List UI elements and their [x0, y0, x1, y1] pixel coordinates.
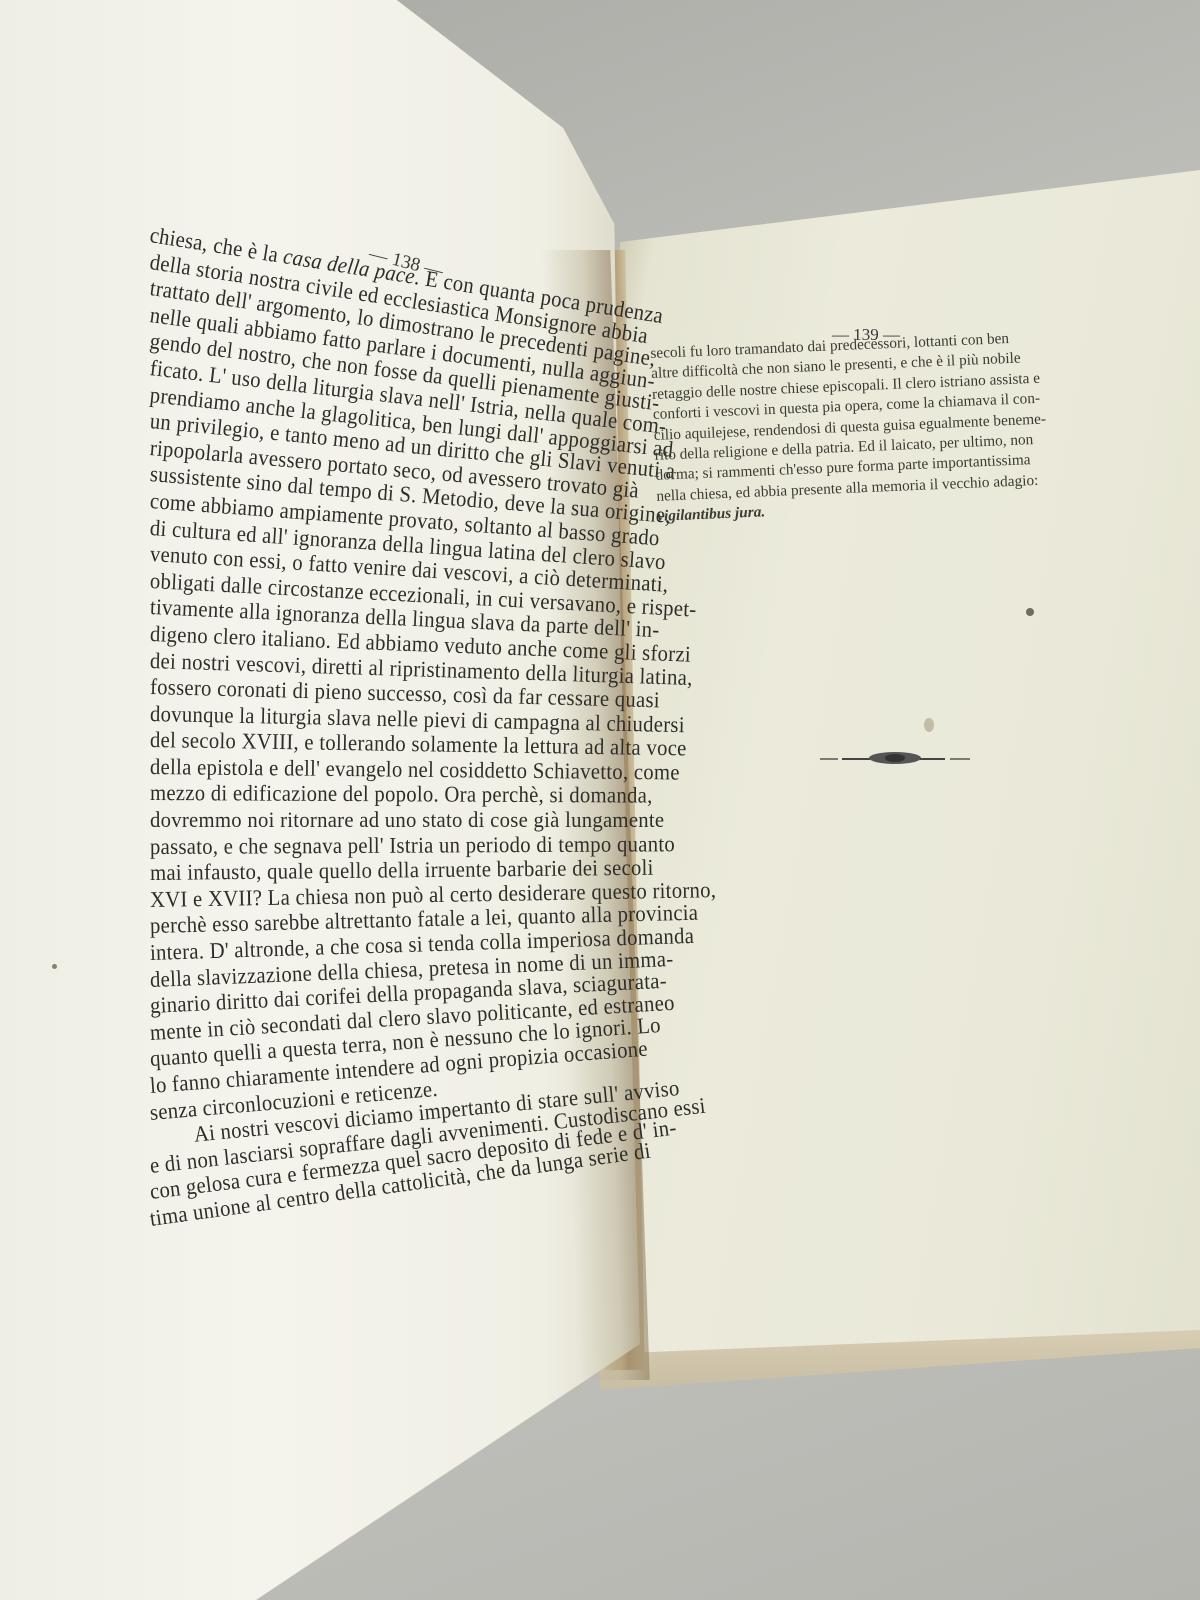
right-page-body: secoli fu loro tramandato dai predecesso…	[650, 323, 1157, 527]
text-line: dovremmo noi ritornare ad uno stato di c…	[150, 807, 573, 834]
paper-stain	[1026, 608, 1034, 616]
left-page-body: chiesa, che è la casa della pace. E con …	[150, 222, 610, 1233]
paper-stain	[52, 964, 57, 969]
text-line: mezzo di edificazione del popolo. Ora pe…	[150, 780, 573, 809]
book-photo: — 138 — chiesa, che è la casa della pace…	[0, 0, 1200, 1600]
ornament-divider-icon	[820, 748, 970, 768]
paper-stain	[924, 718, 934, 732]
